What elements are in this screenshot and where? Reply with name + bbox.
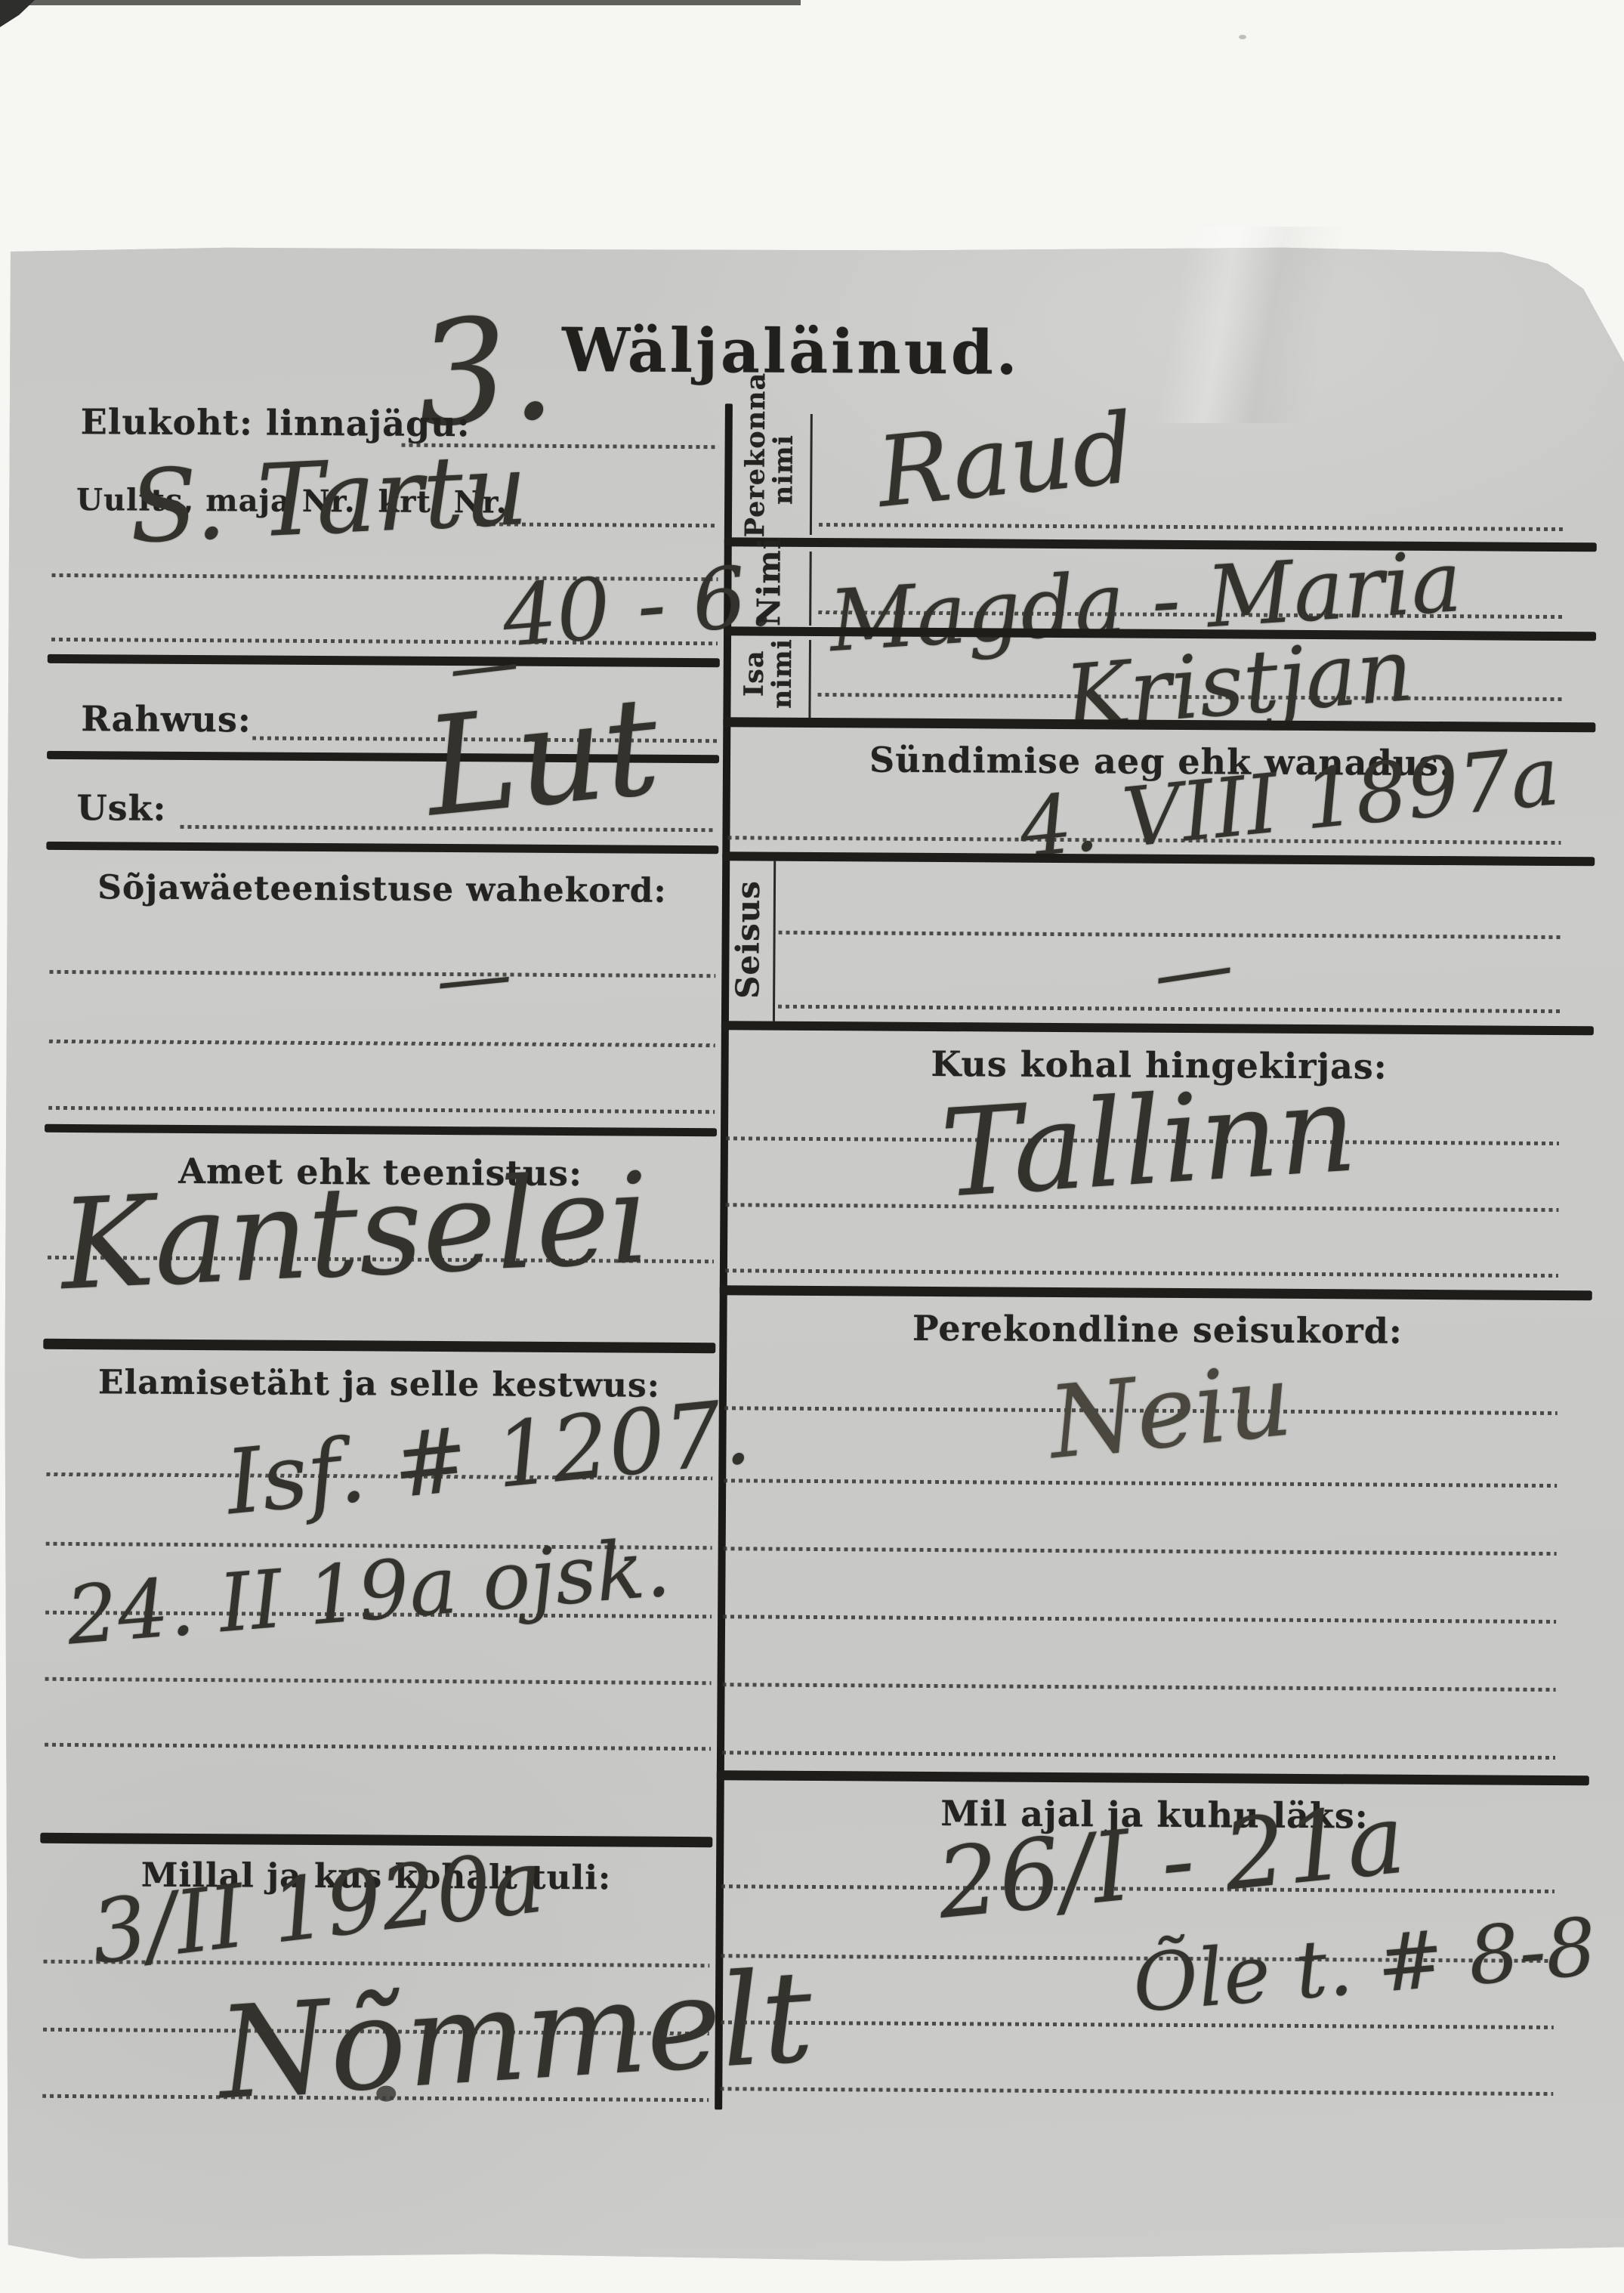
marital-label: Perekondline seisukord: (723, 1306, 1592, 1352)
register-value: Tallinn (937, 1068, 1359, 1215)
section-rule (45, 1124, 717, 1136)
section-rule (43, 1339, 715, 1353)
scanned-document: 3. Wäljaläinud. Elukoht: linnajägu: Uuli… (0, 0, 1624, 2293)
religion-value: Lut (420, 678, 665, 836)
dotted-line (49, 1040, 715, 1047)
ink-blot (376, 2085, 396, 2101)
street-value-line1: S. Tartu (127, 440, 529, 558)
permit-value-line1: Isf. # 1207. (222, 1386, 754, 1527)
dotted-line (45, 1743, 711, 1751)
military-label: Sõjawäeteenistuse wahekord: (46, 868, 718, 910)
family-name-value: Raud (873, 400, 1138, 522)
section-rule (717, 1770, 1589, 1785)
arrival-value-line2: Nõmmelt (215, 1953, 817, 2118)
father-name-label: Isa nimi (741, 613, 797, 734)
section-rule (46, 842, 718, 854)
dotted-line (48, 1106, 715, 1114)
card-content: 3. Wäljaläinud. Elukoht: linnajägu: Uuli… (0, 0, 1624, 2293)
family-name-label: Perekonna nimi (742, 401, 798, 537)
dotted-line (819, 523, 1563, 531)
nationality-label: Rahwus: (81, 698, 252, 740)
status-value: — (1151, 943, 1236, 998)
label-separator (808, 640, 811, 718)
dotted-line (49, 970, 715, 978)
military-value: — (434, 952, 514, 1001)
section-rule (724, 537, 1597, 552)
dotted-line (724, 1547, 1557, 1556)
label-separator (810, 414, 813, 535)
dotted-line (720, 2087, 1553, 2096)
section-rule (722, 851, 1595, 866)
page-title: Wäljaläinud. (474, 314, 1109, 388)
dotted-line (45, 1677, 712, 1685)
status-label: Seisus (731, 879, 765, 1000)
label-separator (773, 861, 776, 1021)
section-rule (40, 1833, 712, 1847)
dotted-line (725, 1269, 1558, 1278)
section-rule (720, 1285, 1592, 1300)
label-separator (809, 552, 812, 626)
dotted-line (724, 1479, 1557, 1488)
dotted-line (723, 1683, 1556, 1692)
departure-value-line2: Õle t. # 8-8 (1130, 1908, 1599, 2024)
occupation-value: Kantselei (58, 1156, 653, 1308)
permit-value-line2: 24. II 19a ojsk. (63, 1528, 672, 1657)
dotted-line (722, 1751, 1555, 1760)
dotted-line (723, 1615, 1556, 1624)
section-rule (721, 1021, 1594, 1035)
religion-label: Usk: (76, 787, 166, 829)
marital-value: Neiu (1045, 1350, 1295, 1473)
